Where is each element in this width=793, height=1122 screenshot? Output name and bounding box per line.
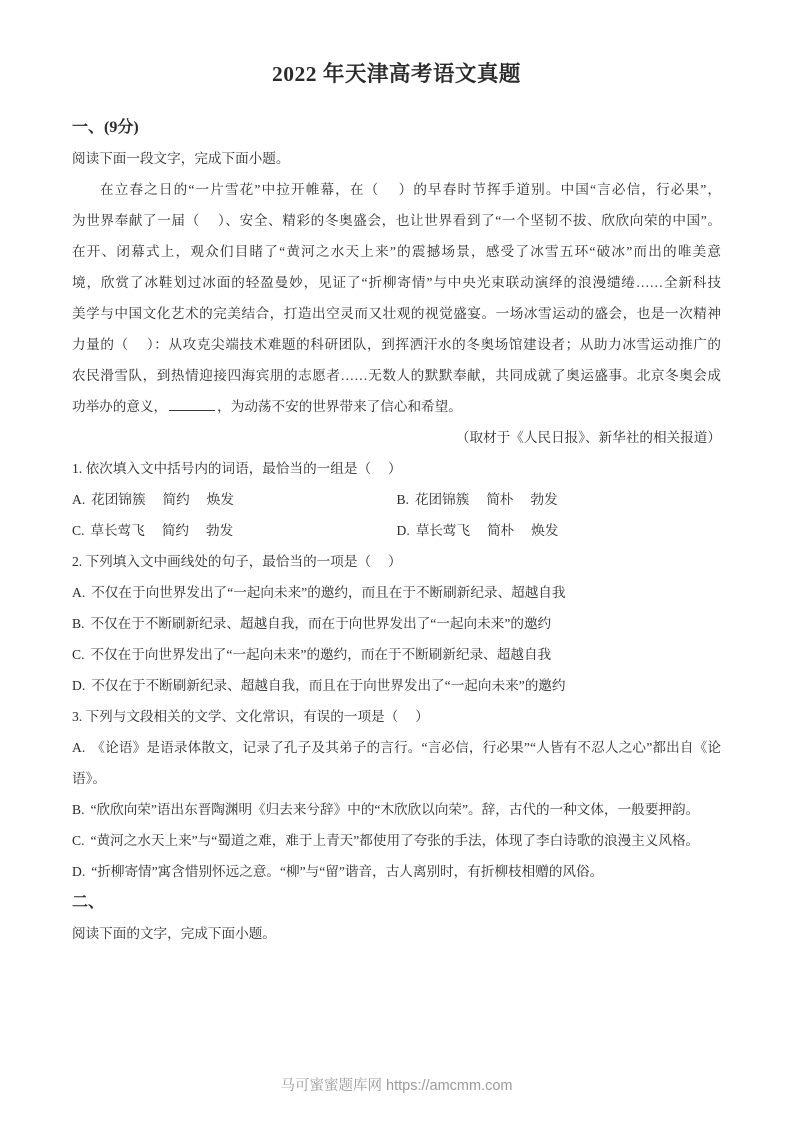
question-2-option-b: B.不仅在于不断刷新纪录、超越自我，而在于向世界发出了“一起向未来”的邀约 bbox=[72, 608, 721, 639]
option-text: 《论语》是语录体散文，记录了孔子及其弟子的言行。“言必信，行必果”“人皆有不忍人… bbox=[72, 740, 721, 786]
passage-attribution: （取材于《人民日报》、新华社的相关报道） bbox=[72, 422, 721, 453]
section-one-heading: 一、(9分) bbox=[72, 112, 721, 143]
question-3-options: A.《论语》是语录体散文，记录了孔子及其弟子的言行。“言必信，行必果”“人皆有不… bbox=[72, 732, 721, 887]
passage-line: 境，欣赏了冰鞋划过冰面的轻盈曼妙，见证了“折柳寄情”与中央光束联动演绎的浪漫缱绻… bbox=[72, 267, 721, 298]
option-label: D. bbox=[72, 678, 85, 693]
option-text: 不仅在于向世界发出了“一起向未来”的邀约，而在于不断刷新纪录、超越自我 bbox=[90, 647, 551, 662]
section-two-instructions: 阅读下面的文字，完成下面小题。 bbox=[72, 918, 721, 949]
section-two: 二、 阅读下面的文字，完成下面小题。 bbox=[72, 887, 721, 949]
option-label: D. bbox=[397, 523, 410, 538]
blank-line-after-text: ，为动荡不安的世界带来了信心和希望。 bbox=[217, 399, 462, 414]
question-1-option-c: C.草长莺飞 简约 勃发 bbox=[72, 515, 397, 546]
question-2: 2. 下列填入文中画线处的句子，最恰当的一项是（ ） A.不仅在于向世界发出了“… bbox=[72, 546, 721, 701]
question-2-options: A.不仅在于向世界发出了“一起向未来”的邀约，而且在于不断刷新纪录、超越自我 B… bbox=[72, 577, 721, 701]
option-text: 不仅在于向世界发出了“一起向未来”的邀约，而且在于不断刷新纪录、超越自我 bbox=[91, 585, 565, 600]
option-text: 花团锦簇 简朴 勃发 bbox=[415, 492, 558, 507]
option-label: B. bbox=[72, 802, 84, 817]
option-label: D. bbox=[72, 864, 85, 879]
option-label: B. bbox=[72, 616, 84, 631]
option-text: 草长莺飞 简朴 焕发 bbox=[416, 523, 559, 538]
section-two-heading: 二、 bbox=[72, 887, 721, 918]
exam-document-page: 2022 年天津高考语文真题 一、(9分) 阅读下面一段文字，完成下面小题。 在… bbox=[0, 0, 793, 1122]
question-3-option-a: A.《论语》是语录体散文，记录了孔子及其弟子的言行。“言必信，行必果”“人皆有不… bbox=[72, 732, 721, 794]
question-3-option-b: B.“欣欣向荣”语出东晋陶渊明《归去来兮辞》中的“木欣欣以向荣”。辞，古代的一种… bbox=[72, 794, 721, 825]
passage-line: 美学与中国文化艺术的完美结合，打造出空灵而又壮观的视觉盛宴。一场冰雪运动的盛会，… bbox=[72, 298, 721, 329]
question-1-option-b: B.花团锦簇 简朴 勃发 bbox=[397, 484, 722, 515]
option-text: 草长莺飞 简约 勃发 bbox=[90, 523, 233, 538]
option-label: A. bbox=[72, 585, 85, 600]
passage-line: 农民滑雪队，到热情迎接四海宾朋的志愿者……无数人的默默奉献，共同成就了奥运盛事。… bbox=[72, 360, 721, 391]
question-1-option-d: D.草长莺飞 简朴 焕发 bbox=[397, 515, 722, 546]
question-2-option-c: C.不仅在于向世界发出了“一起向未来”的邀约，而在于不断刷新纪录、超越自我 bbox=[72, 639, 721, 670]
passage-line-with-blank: 功举办的意义，，为动荡不安的世界带来了信心和希望。 bbox=[72, 391, 721, 422]
question-1-stem: 1. 依次填入文中括号内的词语，最恰当的一组是（ ） bbox=[72, 453, 721, 484]
passage-line: 为世界奉献了一届（ ）、安全、精彩的冬奥盛会，也让世界看到了“一个坚韧不拔、欣欣… bbox=[72, 205, 721, 236]
question-1: 1. 依次填入文中括号内的词语，最恰当的一组是（ ） A.花团锦簇 简约 焕发 … bbox=[72, 453, 721, 546]
passage-line: 在立春之日的“一片雪花”中拉开帷幕，在（ ）的早春时节挥手道别。中国“言必信，行… bbox=[72, 174, 721, 205]
option-text: “折柳寄情”寓含惜别怀远之意。“柳”与“留”谐音，古人离别时，有折柳枝相赠的风俗… bbox=[91, 864, 603, 879]
option-text: 不仅在于不断刷新纪录、超越自我，而且在于向世界发出了“一起向未来”的邀约 bbox=[91, 678, 565, 693]
page-content: 2022 年天津高考语文真题 一、(9分) 阅读下面一段文字，完成下面小题。 在… bbox=[72, 58, 721, 949]
option-label: C. bbox=[72, 523, 84, 538]
question-3-stem: 3. 下列与文段相关的文学、文化常识，有误的一项是（ ） bbox=[72, 701, 721, 732]
question-3: 3. 下列与文段相关的文学、文化常识，有误的一项是（ ） A.《论语》是语录体散… bbox=[72, 701, 721, 887]
option-text: “欣欣向荣”语出东晋陶渊明《归去来兮辞》中的“木欣欣以向荣”。辞，古代的一种文体… bbox=[90, 802, 699, 817]
question-2-stem: 2. 下列填入文中画线处的句子，最恰当的一项是（ ） bbox=[72, 546, 721, 577]
watermark-footer: 马可蜜蜜题库网 https://amcmm.com bbox=[0, 1074, 793, 1095]
question-1-options: A.花团锦簇 简约 焕发 B.花团锦簇 简朴 勃发 C.草长莺飞 简约 勃发 D… bbox=[72, 484, 721, 546]
option-label: C. bbox=[72, 833, 84, 848]
passage-line: 力量的（ ）：从攻克尖端技术难题的科研团队，到挥洒汗水的冬奥场馆建设者；从助力冰… bbox=[72, 329, 721, 360]
reading-passage: 在立春之日的“一片雪花”中拉开帷幕，在（ ）的早春时节挥手道别。中国“言必信，行… bbox=[72, 174, 721, 422]
question-3-option-c: C.“黄河之水天上来”与“蜀道之难，难于上青天”都使用了夸张的手法，体现了李白诗… bbox=[72, 825, 721, 856]
passage-line: 在开、闭幕式上，观众们目睹了“黄河之水天上来”的震撼场景，感受了冰雪五环“破冰”… bbox=[72, 236, 721, 267]
question-3-option-d: D.“折柳寄情”寓含惜别怀远之意。“柳”与“留”谐音，古人离别时，有折柳枝相赠的… bbox=[72, 856, 721, 887]
question-2-option-d: D.不仅在于不断刷新纪录、超越自我，而且在于向世界发出了“一起向未来”的邀约 bbox=[72, 670, 721, 701]
option-text: 不仅在于不断刷新纪录、超越自我，而在于向世界发出了“一起向未来”的邀约 bbox=[90, 616, 551, 631]
question-1-option-a: A.花团锦簇 简约 焕发 bbox=[72, 484, 397, 515]
fill-in-blank-underline bbox=[169, 398, 215, 411]
option-label: B. bbox=[397, 492, 409, 507]
blank-line-before-text: 功举办的意义， bbox=[72, 399, 167, 414]
section-one: 一、(9分) 阅读下面一段文字，完成下面小题。 在立春之日的“一片雪花”中拉开帷… bbox=[72, 112, 721, 887]
document-title: 2022 年天津高考语文真题 bbox=[72, 58, 721, 91]
section-one-instructions: 阅读下面一段文字，完成下面小题。 bbox=[72, 143, 721, 174]
option-label: A. bbox=[72, 740, 85, 755]
option-text: “黄河之水天上来”与“蜀道之难，难于上青天”都使用了夸张的手法，体现了李白诗歌的… bbox=[90, 833, 699, 848]
question-2-option-a: A.不仅在于向世界发出了“一起向未来”的邀约，而且在于不断刷新纪录、超越自我 bbox=[72, 577, 721, 608]
option-label: C. bbox=[72, 647, 84, 662]
option-text: 花团锦簇 简约 焕发 bbox=[91, 492, 234, 507]
option-label: A. bbox=[72, 492, 85, 507]
